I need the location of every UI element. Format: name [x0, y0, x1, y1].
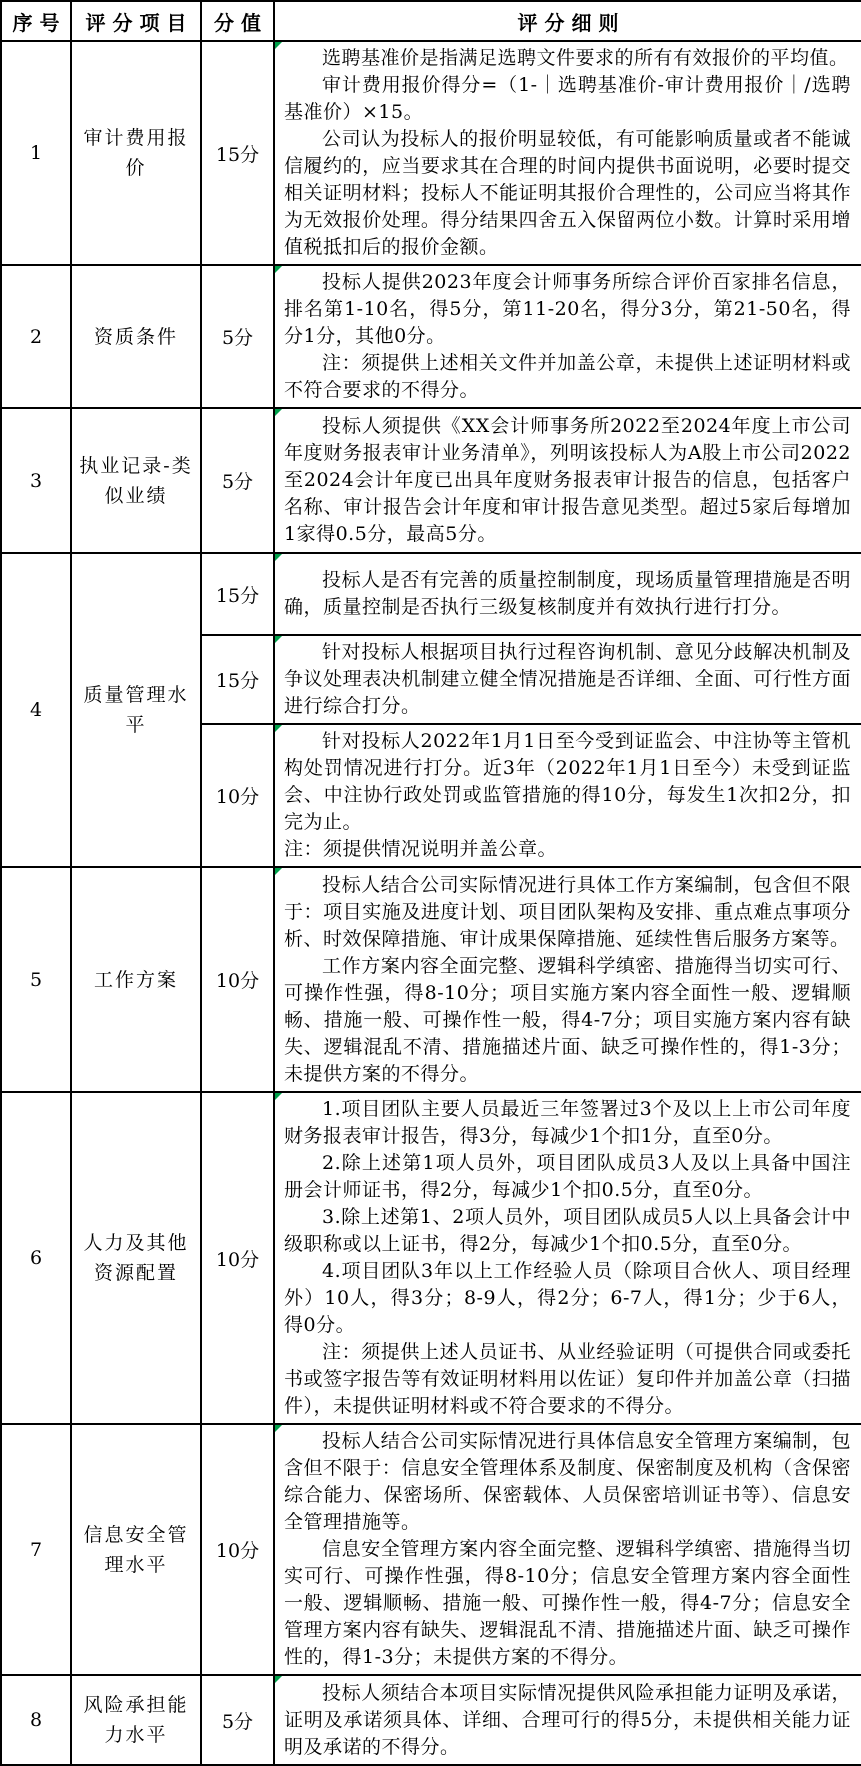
item-name-cell: 执业记录-类似业绩 [71, 408, 201, 553]
criteria-paragraph: 针对投标人根据项目执行过程咨询机制、意见分歧解决机制及争议处理表决机制建立健全情… [284, 639, 851, 720]
table-row: 2资质条件5分投标人提供2023年度会计师事务所综合评价百家排名信息，排名第1-… [1, 265, 861, 408]
score-value-cell: 5分 [201, 265, 274, 408]
item-name-cell: 人力及其他资源配置 [71, 1092, 201, 1424]
green-corner-flag-icon [275, 868, 282, 875]
score-value-cell: 10分 [201, 867, 274, 1092]
criteria-paragraph: 公司认为投标人的报价明显较低，有可能影响质量或者不能诚信履约的，应当要求其在合理… [284, 126, 851, 261]
col-header-no: 序号 [1, 1, 71, 41]
header-row: 序号 评分项目 分值 评分细则 [1, 1, 861, 41]
green-corner-flag-icon [275, 1676, 282, 1683]
table-row: 7信息安全管理水平10分投标人结合公司实际情况进行具体信息安全管理方案编制，包含… [1, 1424, 861, 1675]
criteria-cell: 投标人提供2023年度会计师事务所综合评价百家排名信息，排名第1-10名，得5分… [274, 265, 861, 408]
criteria-paragraph: 4.项目团队3年以上工作经验人员（除项目合伙人、项目经理外）10人，得3分；8-… [284, 1258, 851, 1339]
row-number-cell: 6 [1, 1092, 71, 1424]
criteria-paragraph: 工作方案内容全面完整、逻辑科学缜密、措施得当切实可行、可操作性强，得8-10分；… [284, 953, 851, 1088]
score-value-cell: 15分 [201, 635, 274, 724]
criteria-paragraph: 注：须提供上述人员证书、从业经验证明（可提供合同或委托书或签字报告等有效证明材料… [284, 1339, 851, 1420]
table-body: 1审计费用报价15分选聘基准价是指满足选聘文件要求的所有有效报价的平均值。审计费… [1, 41, 861, 1765]
col-header-item: 评分项目 [71, 1, 201, 41]
item-name-cell: 工作方案 [71, 867, 201, 1092]
score-value-cell: 10分 [201, 1092, 274, 1424]
green-corner-flag-icon [275, 725, 282, 732]
table-row: 6人力及其他资源配置10分1.项目团队主要人员最近三年签署过3个及以上上市公司年… [1, 1092, 861, 1424]
row-number-cell: 5 [1, 867, 71, 1092]
item-name-cell: 风险承担能力水平 [71, 1675, 201, 1765]
criteria-paragraph: 投标人结合公司实际情况进行具体信息安全管理方案编制，包含但不限于：信息安全管理体… [284, 1428, 851, 1536]
item-name-cell: 审计费用报价 [71, 41, 201, 265]
row-number-cell: 3 [1, 408, 71, 553]
scoring-document: 序号 评分项目 分值 评分细则 1审计费用报价15分选聘基准价是指满足选聘文件要… [0, 0, 861, 1766]
score-value-cell: 5分 [201, 408, 274, 553]
score-value-cell: 10分 [201, 724, 274, 867]
criteria-paragraph: 信息安全管理方案内容全面完整、逻辑科学缜密、措施得当切实可行、可操作性强，得8-… [284, 1536, 851, 1671]
criteria-paragraph: 针对投标人2022年1月1日至今受到证监会、中注协等主管机构处罚情况进行打分。近… [284, 728, 851, 836]
criteria-cell: 1.项目团队主要人员最近三年签署过3个及以上上市公司年度财务报表审计报告，得3分… [274, 1092, 861, 1424]
table-row: 4质量管理水平15分投标人是否有完善的质量控制制度，现场质量管理措施是否明确，质… [1, 553, 861, 635]
green-corner-flag-icon [275, 1093, 282, 1100]
criteria-paragraph: 选聘基准价是指满足选聘文件要求的所有有效报价的平均值。 [284, 45, 851, 72]
green-corner-flag-icon [275, 266, 282, 273]
table-row: 3执业记录-类似业绩5分投标人须提供《XX会计师事务所2022至2024年度上市… [1, 408, 861, 553]
criteria-paragraph: 3.除上述第1、2项人员外，项目团队成员5人以上具备会计中级职称或以上证书，得2… [284, 1204, 851, 1258]
score-value-cell: 5分 [201, 1675, 274, 1765]
criteria-cell: 投标人须结合本项目实际情况提供风险承担能力证明及承诺，证明及承诺须具体、详细、合… [274, 1675, 861, 1765]
criteria-paragraph: 2.除上述第1项人员外，项目团队成员3人及以上具备中国注册会计师证书，得2分，每… [284, 1150, 851, 1204]
green-corner-flag-icon [275, 409, 282, 416]
scoring-table: 序号 评分项目 分值 评分细则 1审计费用报价15分选聘基准价是指满足选聘文件要… [0, 0, 861, 1766]
table-row: 1审计费用报价15分选聘基准价是指满足选聘文件要求的所有有效报价的平均值。审计费… [1, 41, 861, 265]
criteria-paragraph: 投标人结合公司实际情况进行具体工作方案编制，包含但不限于：项目实施及进度计划、项… [284, 872, 851, 953]
criteria-paragraph: 审计费用报价得分=（1-｜选聘基准价-审计费用报价｜/选聘基准价）×15。 [284, 72, 851, 126]
score-value-cell: 15分 [201, 553, 274, 635]
criteria-paragraph: 投标人是否有完善的质量控制制度，现场质量管理措施是否明确，质量控制是否执行三级复… [284, 567, 851, 621]
criteria-cell: 投标人是否有完善的质量控制制度，现场质量管理措施是否明确，质量控制是否执行三级复… [274, 553, 861, 635]
green-corner-flag-icon [275, 42, 282, 49]
criteria-cell: 投标人须提供《XX会计师事务所2022至2024年度上市公司年度财务报表审计业务… [274, 408, 861, 553]
criteria-cell: 投标人结合公司实际情况进行具体工作方案编制，包含但不限于：项目实施及进度计划、项… [274, 867, 861, 1092]
item-name-cell: 资质条件 [71, 265, 201, 408]
green-corner-flag-icon [275, 1425, 282, 1432]
col-header-score: 分值 [201, 1, 274, 41]
item-name-cell: 信息安全管理水平 [71, 1424, 201, 1675]
criteria-paragraph: 投标人提供2023年度会计师事务所综合评价百家排名信息，排名第1-10名，得5分… [284, 269, 851, 350]
item-name-cell: 质量管理水平 [71, 553, 201, 867]
green-corner-flag-icon [275, 636, 282, 643]
criteria-paragraph: 注：须提供上述相关文件并加盖公章，未提供上述证明材料或不符合要求的不得分。 [284, 350, 851, 404]
criteria-paragraph: 投标人须结合本项目实际情况提供风险承担能力证明及承诺，证明及承诺须具体、详细、合… [284, 1680, 851, 1761]
criteria-paragraph: 投标人须提供《XX会计师事务所2022至2024年度上市公司年度财务报表审计业务… [284, 413, 851, 548]
criteria-paragraph: 注：须提供情况说明并盖公章。 [284, 836, 851, 863]
table-row: 5工作方案10分投标人结合公司实际情况进行具体工作方案编制，包含但不限于：项目实… [1, 867, 861, 1092]
row-number-cell: 4 [1, 553, 71, 867]
row-number-cell: 2 [1, 265, 71, 408]
row-number-cell: 1 [1, 41, 71, 265]
row-number-cell: 8 [1, 1675, 71, 1765]
col-header-criteria: 评分细则 [274, 1, 861, 41]
criteria-cell: 投标人结合公司实际情况进行具体信息安全管理方案编制，包含但不限于：信息安全管理体… [274, 1424, 861, 1675]
criteria-paragraph: 1.项目团队主要人员最近三年签署过3个及以上上市公司年度财务报表审计报告，得3分… [284, 1096, 851, 1150]
criteria-cell: 选聘基准价是指满足选聘文件要求的所有有效报价的平均值。审计费用报价得分=（1-｜… [274, 41, 861, 265]
score-value-cell: 10分 [201, 1424, 274, 1675]
score-value-cell: 15分 [201, 41, 274, 265]
criteria-cell: 针对投标人2022年1月1日至今受到证监会、中注协等主管机构处罚情况进行打分。近… [274, 724, 861, 867]
row-number-cell: 7 [1, 1424, 71, 1675]
green-corner-flag-icon [275, 554, 282, 561]
table-row: 8风险承担能力水平5分投标人须结合本项目实际情况提供风险承担能力证明及承诺，证明… [1, 1675, 861, 1765]
criteria-cell: 针对投标人根据项目执行过程咨询机制、意见分歧解决机制及争议处理表决机制建立健全情… [274, 635, 861, 724]
